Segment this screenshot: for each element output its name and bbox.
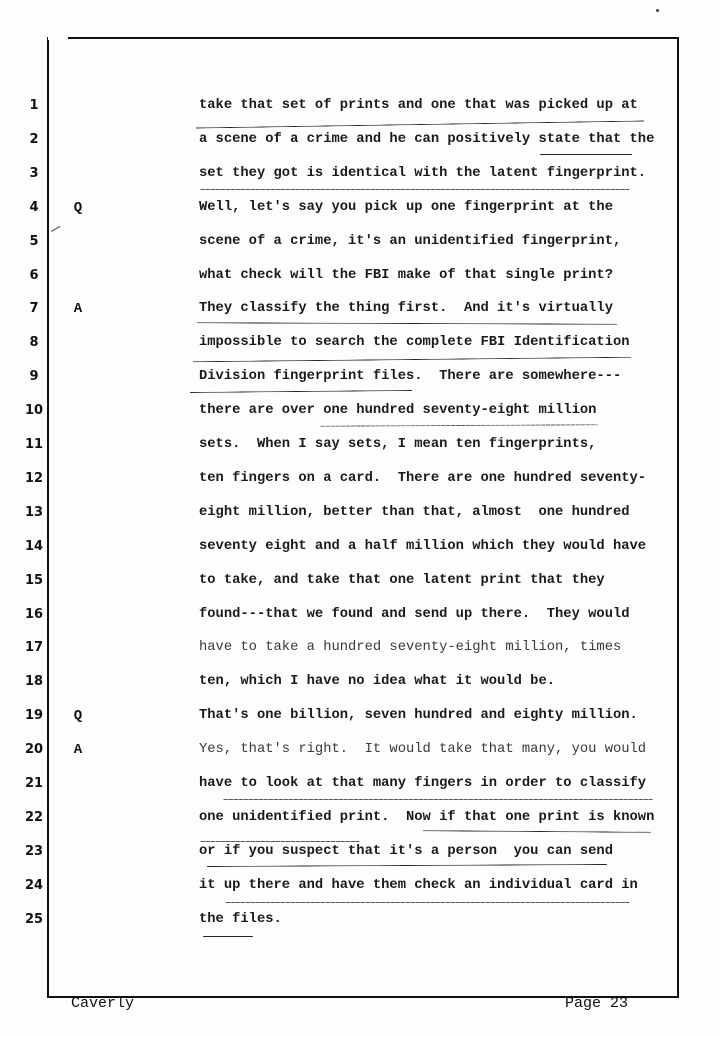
line-number: 8 [18, 326, 50, 360]
speaker-label: A [71, 733, 85, 767]
transcript-line: 1take that set of prints and one that wa… [0, 89, 720, 123]
transcript-line: 25the files. [0, 903, 720, 937]
speaker-label: Q [71, 699, 85, 733]
line-number: 10 [18, 394, 50, 428]
transcript-line: 7AThey classify the thing first. And it'… [0, 292, 720, 326]
line-text: ten fingers on a card. There are one hun… [199, 462, 646, 496]
line-text: set they got is identical with the laten… [199, 157, 646, 191]
line-text: the files. [199, 903, 282, 937]
transcript-line: 12ten fingers on a card. There are one h… [0, 462, 720, 496]
line-text: there are over one hundred seventy-eight… [199, 394, 596, 428]
line-text: it up there and have them check an indiv… [199, 869, 638, 903]
hand-underline [200, 841, 360, 842]
line-number: 24 [18, 869, 50, 903]
hand-underline [200, 189, 630, 190]
line-number: 6 [18, 259, 50, 293]
line-text: a scene of a crime and he can positively… [199, 123, 654, 157]
line-text: seventy eight and a half million which t… [199, 530, 646, 564]
line-number: 22 [18, 801, 50, 835]
transcript-line: 15to take, and take that one latent prin… [0, 564, 720, 598]
line-text: eight million, better than that, almost … [199, 496, 630, 530]
transcript-line: 23or if you suspect that it's a person y… [0, 835, 720, 869]
line-number: 19 [18, 699, 50, 733]
line-number: 12 [18, 462, 50, 496]
line-number: 16 [18, 598, 50, 632]
frame-corner-gap [48, 35, 68, 40]
line-text: found---that we found and send up there.… [199, 598, 630, 632]
line-number: 23 [18, 835, 50, 869]
line-number: 18 [18, 665, 50, 699]
line-number: 15 [18, 564, 50, 598]
transcript-line: 16found---that we found and send up ther… [0, 598, 720, 632]
hand-underline [225, 902, 630, 903]
line-text: have to take a hundred seventy-eight mil… [199, 631, 621, 665]
hand-underline [203, 936, 253, 937]
transcript-line: 8impossible to search the complete FBI I… [0, 326, 720, 360]
scan-speck [656, 9, 659, 12]
transcript-line: 24it up there and have them check an ind… [0, 869, 720, 903]
transcript-line: 9Division fingerprint files. There are s… [0, 360, 720, 394]
line-number: 2 [18, 123, 50, 157]
line-text: Yes, that's right. It would take that ma… [199, 733, 646, 767]
line-number: 7 [18, 292, 50, 326]
line-text: have to look at that many fingers in ord… [199, 767, 646, 801]
line-number: 1 [18, 89, 50, 123]
transcript-line: 17have to take a hundred seventy-eight m… [0, 631, 720, 665]
hand-underline [223, 799, 653, 800]
line-number: 11 [18, 428, 50, 462]
line-number: 13 [18, 496, 50, 530]
transcript-line: 11sets. When I say sets, I mean ten fing… [0, 428, 720, 462]
speaker-label: Q [71, 191, 85, 225]
transcript-line: 21have to look at that many fingers in o… [0, 767, 720, 801]
transcript-line: 20AYes, that's right. It would take that… [0, 733, 720, 767]
line-text: That's one billion, seven hundred and ei… [199, 699, 638, 733]
line-text: sets. When I say sets, I mean ten finger… [199, 428, 596, 462]
line-number: 14 [18, 530, 50, 564]
transcript-line: 4QWell, let's say you pick up one finger… [0, 191, 720, 225]
line-text: impossible to search the complete FBI Id… [199, 326, 630, 360]
transcript-line: 6what check will the FBI make of that si… [0, 259, 720, 293]
line-text: Well, let's say you pick up one fingerpr… [199, 191, 613, 225]
line-number: 20 [18, 733, 50, 767]
line-number: 4 [18, 191, 50, 225]
line-number: 21 [18, 767, 50, 801]
line-text: scene of a crime, it's an unidentified f… [199, 225, 621, 259]
line-text: to take, and take that one latent print … [199, 564, 605, 598]
line-text: what check will the FBI make of that sin… [199, 259, 613, 293]
transcript-line: 2a scene of a crime and he can positivel… [0, 123, 720, 157]
line-number: 25 [18, 903, 50, 937]
line-text: They classify the thing first. And it's … [199, 292, 613, 326]
line-number: 5 [18, 225, 50, 259]
line-number: 9 [18, 360, 50, 394]
transcript-line: 14seventy eight and a half million which… [0, 530, 720, 564]
footer-witness-name: Caverly [71, 995, 134, 1012]
transcript-line: 13eight million, better than that, almos… [0, 496, 720, 530]
transcript-line: 5scene of a crime, it's an unidentified … [0, 225, 720, 259]
line-text: take that set of prints and one that was… [199, 89, 638, 123]
hand-underline [540, 154, 632, 155]
transcript-line: 3set they got is identical with the late… [0, 157, 720, 191]
speaker-label: A [71, 292, 85, 326]
line-number: 17 [18, 631, 50, 665]
transcript-line: 19QThat's one billion, seven hundred and… [0, 699, 720, 733]
footer-page-number: Page 23 [565, 995, 628, 1012]
transcript-line: 22one unidentified print. Now if that on… [0, 801, 720, 835]
transcript-line: 10there are over one hundred seventy-eig… [0, 394, 720, 428]
line-number: 3 [18, 157, 50, 191]
transcript-line: 18ten, which I have no idea what it woul… [0, 665, 720, 699]
line-text: ten, which I have no idea what it would … [199, 665, 555, 699]
